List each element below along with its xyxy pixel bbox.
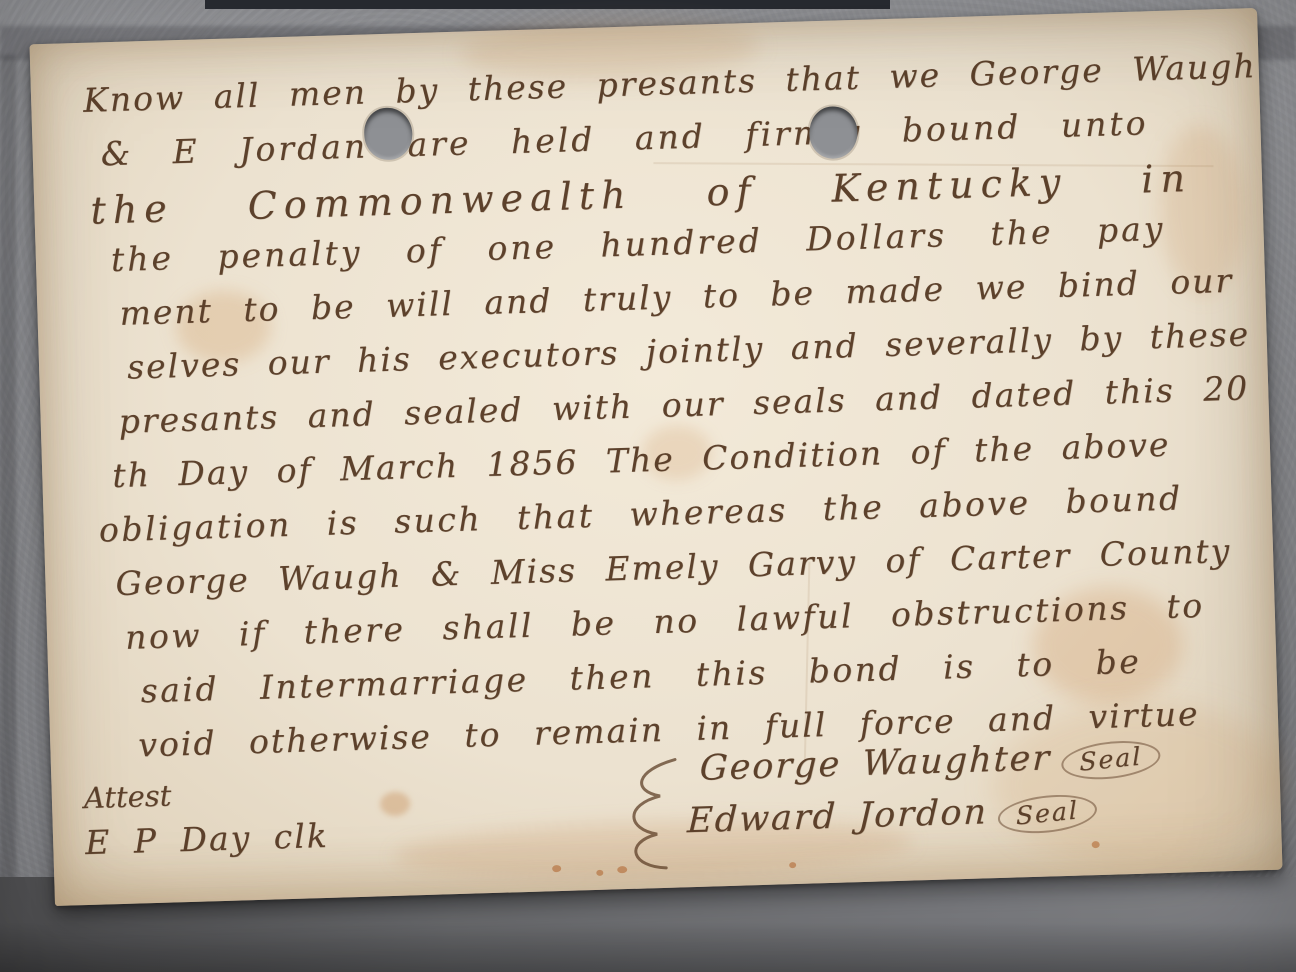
rust-speck [1092, 841, 1100, 848]
seal-scrawl: Seal [997, 791, 1097, 838]
attest-block: Attest E P Day clk [83, 774, 329, 862]
bottom-vignette [0, 922, 1296, 972]
rust-speck [596, 870, 603, 876]
mat-top-dark-strip [205, 0, 890, 9]
stain [380, 791, 411, 816]
photo-scene: Know all men by these presants that we G… [0, 0, 1296, 972]
clerk-signature: E P Day clk [85, 816, 330, 862]
signature-brace-flourish [629, 755, 697, 877]
document-paper: Know all men by these presants that we G… [29, 8, 1282, 906]
seal-scrawl: Seal [1060, 737, 1160, 784]
handwritten-body-text: Know all men by these presants that we G… [61, 47, 1256, 782]
signer-name: Edward Jordon [686, 792, 988, 841]
rust-speck [552, 865, 561, 872]
signature-block: George WaughterSeal Edward JordonSeal [699, 735, 1162, 853]
rust-speck [789, 862, 796, 868]
rust-speck [617, 866, 627, 873]
mat-left-shadow [0, 55, 16, 915]
attest-label: Attest [83, 774, 327, 815]
